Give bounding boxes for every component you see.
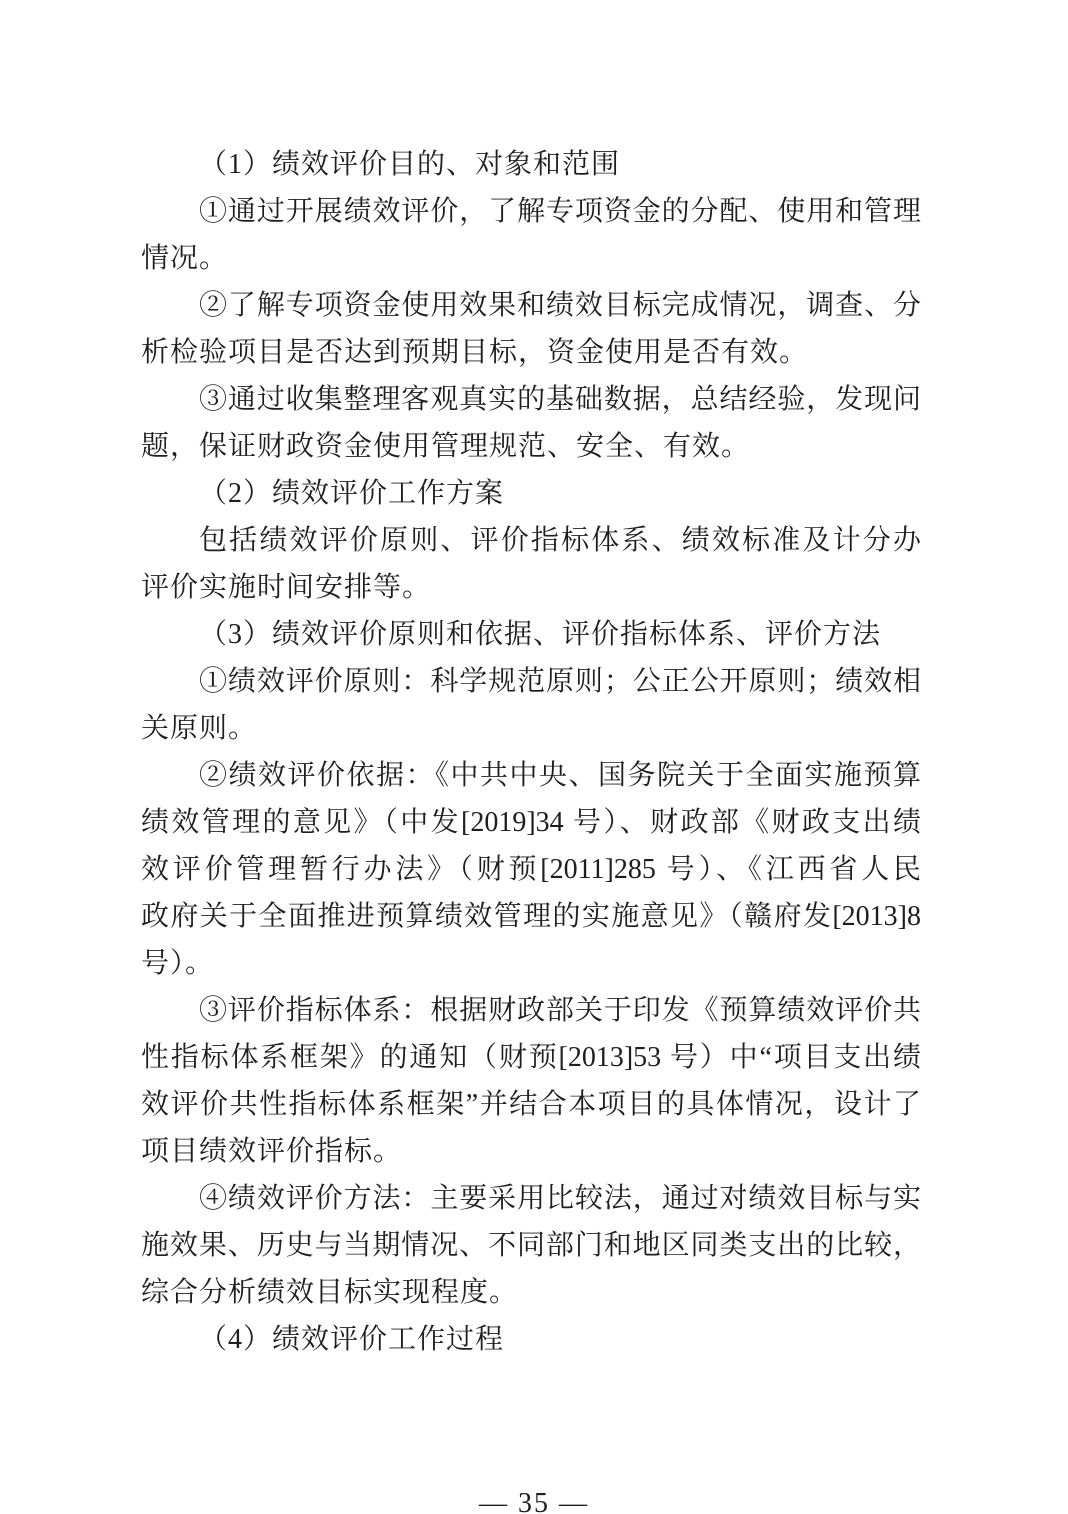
text-line: ①通过开展绩效评价，了解专项资金的分配、使用和管理 xyxy=(141,188,921,235)
text-line: 效评价管理暂行办法》（财预[2011]285 号）、《江西省人民 xyxy=(141,846,921,893)
text-line: （1）绩效评价目的、对象和范围 xyxy=(141,141,921,188)
text-line: ③评价指标体系：根据财政部关于印发《预算绩效评价共 xyxy=(141,987,921,1034)
text-line: ②绩效评价依据：《中共中央、国务院关于全面实施预算 xyxy=(141,752,921,799)
text-line: 情况。 xyxy=(141,235,921,282)
text-line: ②了解专项资金使用效果和绩效目标完成情况，调查、分 xyxy=(141,282,921,329)
text-line: 效评价共性指标体系框架”并结合本项目的具体情况，设计了 xyxy=(141,1081,921,1128)
text-line: 评价实施时间安排等。 xyxy=(141,564,921,611)
text-line: ①绩效评价原则：科学规范原则；公正公开原则；绩效相 xyxy=(141,658,921,705)
text-block: （1）绩效评价目的、对象和范围①通过开展绩效评价，了解专项资金的分配、使用和管理… xyxy=(141,141,921,1363)
text-line: 号）。 xyxy=(141,940,921,987)
text-line: ③通过收集整理客观真实的基础数据，总结经验，发现问 xyxy=(141,376,921,423)
text-line: 题，保证财政资金使用管理规范、安全、有效。 xyxy=(141,423,921,470)
text-line: 政府关于全面推进预算绩效管理的实施意见》（赣府发[2013]8 xyxy=(141,893,921,940)
text-line: 析检验项目是否达到预期目标，资金使用是否有效。 xyxy=(141,329,921,376)
text-line: （2）绩效评价工作方案 xyxy=(141,470,921,517)
text-line: 绩效管理的意见》（中发[2019]34 号）、财政部《财政支出绩 xyxy=(141,799,921,846)
text-line: 施效果、历史与当期情况、不同部门和地区同类支出的比较， xyxy=(141,1222,921,1269)
text-line: 关原则。 xyxy=(141,705,921,752)
document-page: （1）绩效评价目的、对象和范围①通过开展绩效评价，了解专项资金的分配、使用和管理… xyxy=(0,0,1068,1514)
text-line: （3）绩效评价原则和依据、评价指标体系、评价方法 xyxy=(141,611,921,658)
text-line: 包括绩效评价原则、评价指标体系、绩效标准及计分办法、 xyxy=(141,517,921,564)
text-line: 综合分析绩效目标实现程度。 xyxy=(141,1269,921,1316)
text-line: ④绩效评价方法：主要采用比较法，通过对绩效目标与实 xyxy=(141,1175,921,1222)
text-line: 项目绩效评价指标。 xyxy=(141,1128,921,1175)
page-number: — 35 — xyxy=(0,1488,1068,1514)
text-line: 性指标体系框架》的通知（财预[2013]53 号）中“项目支出绩 xyxy=(141,1034,921,1081)
text-line: （4）绩效评价工作过程 xyxy=(141,1316,921,1363)
